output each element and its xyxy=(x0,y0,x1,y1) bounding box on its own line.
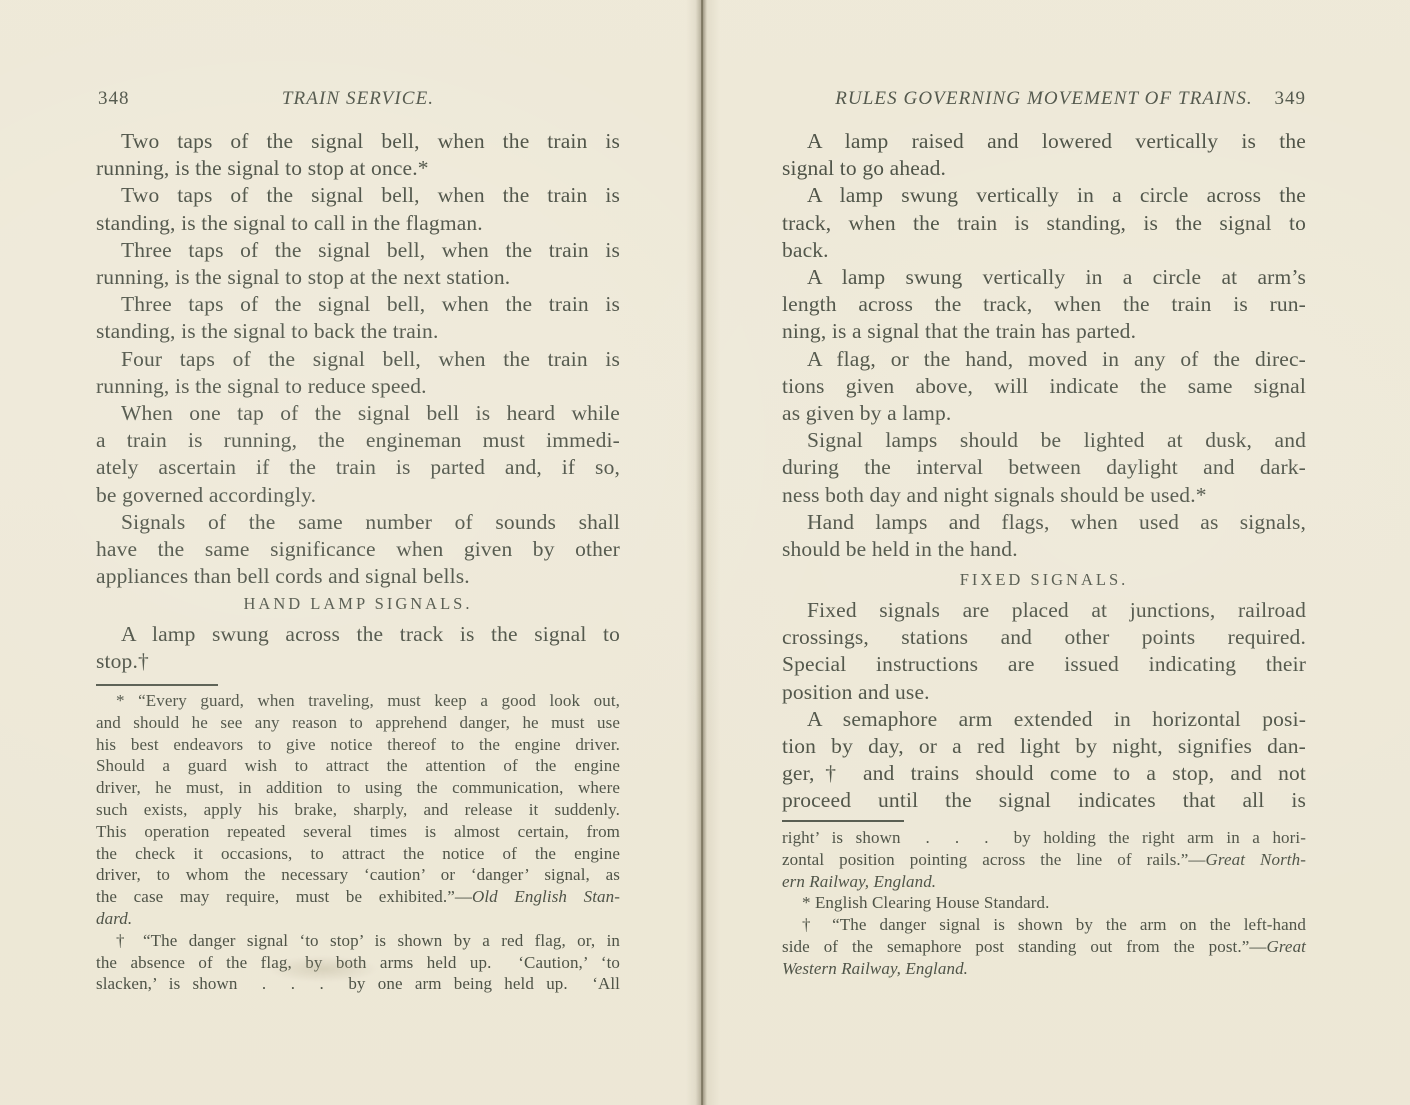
show-through-mark xyxy=(268,956,378,982)
text-line: tions given above, will indicate the sam… xyxy=(782,373,1306,400)
text-line: standing, is the signal to back the trai… xyxy=(96,318,620,345)
text-line: A lamp swung across the track is the sig… xyxy=(96,621,620,648)
text-line: † “The danger signal ‘to stop’ is shown … xyxy=(96,930,620,952)
page-number-right: 349 xyxy=(1275,88,1307,110)
text-line: Special instructions are issued indicati… xyxy=(782,651,1306,678)
text-line: driver, to whom the necessary ‘caution’ … xyxy=(96,864,620,886)
text-line: Two taps of the signal bell, when the tr… xyxy=(96,182,620,209)
body-text-right-continued: Fixed signals are placed at junctions, r… xyxy=(782,597,1306,815)
text-line: the case may require, must be exhibited.… xyxy=(96,886,620,908)
page-right: RULES GOVERNING MOVEMENT OF TRAINS. 349 … xyxy=(782,0,1306,1105)
text-line: dard. xyxy=(96,908,620,930)
text-line: Two taps of the signal bell, when the tr… xyxy=(96,128,620,155)
book-spread: 348 TRAIN SERVICE. Two taps of the signa… xyxy=(0,0,1410,1105)
text-line: right’ is shown . . . by holding the rig… xyxy=(782,827,1306,849)
footnote-rule-left xyxy=(96,684,218,686)
text-line: A lamp swung vertically in a circle acro… xyxy=(782,182,1306,209)
page-number-left: 348 xyxy=(98,88,130,110)
body-text-right: A lamp raised and lowered vertically is … xyxy=(782,128,1306,563)
text-line: crossings, stations and other points req… xyxy=(782,624,1306,651)
gutter-shadow xyxy=(686,0,720,1105)
text-line: When one tap of the signal bell is heard… xyxy=(96,400,620,427)
text-line: length across the track, when the train … xyxy=(782,291,1306,318)
text-line: running, is the signal to reduce speed. xyxy=(96,373,620,400)
footnote-rule-right xyxy=(782,820,904,822)
text-line: appliances than bell cords and signal be… xyxy=(96,563,620,590)
text-line: back. xyxy=(782,237,1306,264)
text-line: side of the semaphore post standing out … xyxy=(782,936,1306,958)
page-left: 348 TRAIN SERVICE. Two taps of the signa… xyxy=(96,0,620,1105)
text-line: Four taps of the signal bell, when the t… xyxy=(96,346,620,373)
text-line: Hand lamps and flags, when used as signa… xyxy=(782,509,1306,536)
text-line: running, is the signal to stop at once.* xyxy=(96,155,620,182)
running-head-left: TRAIN SERVICE. xyxy=(96,88,620,110)
text-line: A lamp swung vertically in a circle at a… xyxy=(782,264,1306,291)
text-line: tion by day, or a red light by night, si… xyxy=(782,733,1306,760)
text-line: as given by a lamp. xyxy=(782,400,1306,427)
page-header-left: 348 TRAIN SERVICE. xyxy=(96,88,620,112)
text-line: stop.† xyxy=(96,648,620,675)
text-line: A lamp raised and lowered vertically is … xyxy=(782,128,1306,155)
text-line: * “Every guard, when traveling, must kee… xyxy=(96,690,620,712)
text-line: track, when the train is standing, is th… xyxy=(782,210,1306,237)
section-heading-fixed-signals: FIXED SIGNALS. xyxy=(782,570,1306,590)
running-head-right: RULES GOVERNING MOVEMENT OF TRAINS. xyxy=(782,88,1306,110)
text-line: driver, he must, in addition to using th… xyxy=(96,777,620,799)
text-line: running, is the signal to stop at the ne… xyxy=(96,264,620,291)
text-line: should be held in the hand. xyxy=(782,536,1306,563)
footnote-left: * “Every guard, when traveling, must kee… xyxy=(96,690,620,995)
text-line: ger,† and trains should come to a stop, … xyxy=(782,760,1306,787)
section-heading-hand-lamp-signals: HAND LAMP SIGNALS. xyxy=(96,594,620,614)
body-text-left-continued: A lamp swung across the track is the sig… xyxy=(96,621,620,675)
text-line: have the same significance when given by… xyxy=(96,536,620,563)
text-line: position and use. xyxy=(782,679,1306,706)
text-line: A semaphore arm extended in horizontal p… xyxy=(782,706,1306,733)
text-line: such exists, apply his brake, sharply, a… xyxy=(96,799,620,821)
text-line: * English Clearing House Standard. xyxy=(782,892,1306,914)
text-line: ern Railway, England. xyxy=(782,871,1306,893)
text-line: This operation repeated several times is… xyxy=(96,821,620,843)
text-line: Signal lamps should be lighted at dusk, … xyxy=(782,427,1306,454)
text-line: a train is running, the engineman must i… xyxy=(96,427,620,454)
body-text-left: Two taps of the signal bell, when the tr… xyxy=(96,128,620,590)
text-line: ately ascertain if the train is parted a… xyxy=(96,454,620,481)
text-line: A flag, or the hand, moved in any of the… xyxy=(782,346,1306,373)
text-line: his best endeavors to give notice thereo… xyxy=(96,734,620,756)
text-line: zontal position pointing across the line… xyxy=(782,849,1306,871)
text-line: and should he see any reason to apprehen… xyxy=(96,712,620,734)
text-line: ning, is a signal that the train has par… xyxy=(782,318,1306,345)
text-line: standing, is the signal to call in the f… xyxy=(96,210,620,237)
text-line: Three taps of the signal bell, when the … xyxy=(96,291,620,318)
text-line: signal to go ahead. xyxy=(782,155,1306,182)
text-line: † “The danger signal is shown by the arm… xyxy=(782,914,1306,936)
text-line: proceed until the signal indicates that … xyxy=(782,787,1306,814)
text-line: during the interval between daylight and… xyxy=(782,454,1306,481)
footnote-right: right’ is shown . . . by holding the rig… xyxy=(782,827,1306,980)
text-line: Should a guard wish to attract the atten… xyxy=(96,755,620,777)
text-line: ness both day and night signals should b… xyxy=(782,482,1306,509)
text-line: the check it occasions, to attract the n… xyxy=(96,843,620,865)
page-header-right: RULES GOVERNING MOVEMENT OF TRAINS. 349 xyxy=(782,88,1306,112)
text-line: Western Railway, England. xyxy=(782,958,1306,980)
text-line: be governed accordingly. xyxy=(96,482,620,509)
text-line: Three taps of the signal bell, when the … xyxy=(96,237,620,264)
text-line: Fixed signals are placed at junctions, r… xyxy=(782,597,1306,624)
text-line: Signals of the same number of sounds sha… xyxy=(96,509,620,536)
